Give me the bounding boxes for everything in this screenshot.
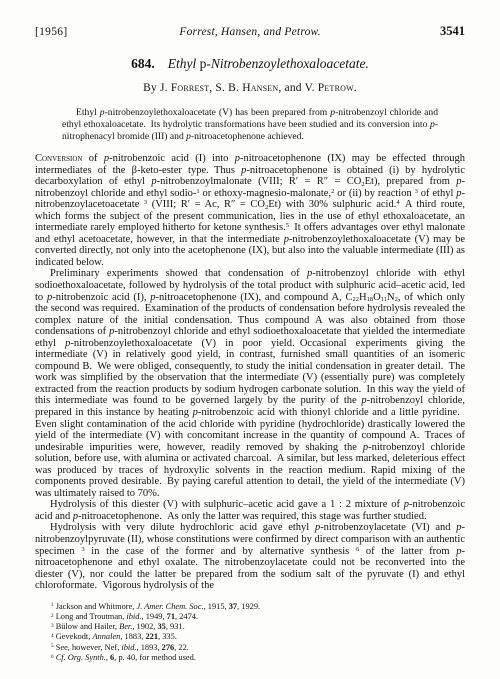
footnote: 6 Cf. Org. Synth., 6, p. 40, for method … <box>35 653 465 663</box>
volume-year: [1956] <box>35 26 127 38</box>
article-title: Ethyl p-Nitrobenzoylethoxaloacetate. <box>168 56 369 71</box>
abstract: Ethyl p-nitrobenzoylethoxaloacetate (V) … <box>62 107 438 143</box>
body-paragraphs: Conversion of p-nitrobenzoic acid (I) in… <box>35 153 465 592</box>
article-title-line: 684.Ethyl p-Nitrobenzoylethoxaloacetate. <box>35 56 465 72</box>
body-paragraph: Preliminary experiments showed that cond… <box>35 268 465 499</box>
page-header: [1956] Forrest, Hansen, and Petrow. 3541 <box>35 24 465 39</box>
footnote: 1 Jackson and Whitmore, J. Amer. Chem. S… <box>35 602 465 612</box>
article-number: 684. <box>131 56 155 71</box>
footnotes: 1 Jackson and Whitmore, J. Amer. Chem. S… <box>35 602 465 664</box>
body-paragraph: Conversion of p-nitrobenzoic acid (I) in… <box>35 153 465 268</box>
footnote: 4 Gevekodt, Annalen, 1883, 221, 335. <box>35 632 465 642</box>
page-number: 3541 <box>373 24 465 39</box>
body-paragraph: Hydrolysis of this diester (V) with sulp… <box>35 499 465 522</box>
body-paragraph: Hydrolysis with very dilute hydrochloric… <box>35 522 465 591</box>
footnote: 3 Bülow and Hailer, Ber., 1902, 35, 931. <box>35 622 465 632</box>
journal-page: [1956] Forrest, Hansen, and Petrow. 3541… <box>0 0 500 679</box>
footnote: 5 See, however, Nef, ibid., 1893, 276, 2… <box>35 643 465 653</box>
footnote: 2 Long and Troutman, ibid., 1949, 71, 24… <box>35 612 465 622</box>
byline: By J. Forrest, S. B. Hansen, and V. Petr… <box>35 82 465 94</box>
running-title: Forrest, Hansen, and Petrow. <box>127 26 373 38</box>
